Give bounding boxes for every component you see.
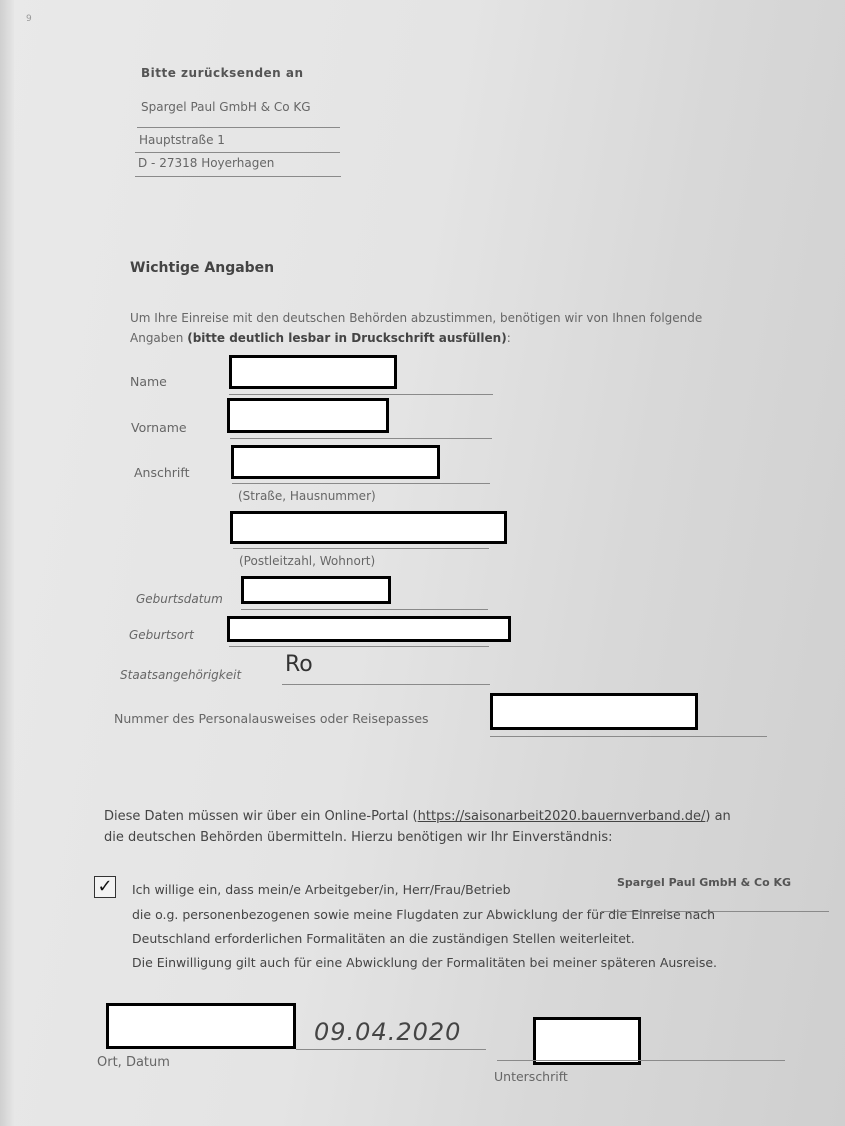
name-underline <box>229 394 493 395</box>
geburtsort-underline <box>229 646 489 647</box>
anschrift-city-underline <box>233 548 489 549</box>
geburtsort-label: Geburtsort <box>129 628 194 642</box>
consent-line-4: Die Einwilligung gilt auch für eine Abwi… <box>132 953 717 973</box>
paper-edge <box>0 0 14 1126</box>
ausweis-underline <box>490 736 767 737</box>
portal-link[interactable]: https://saisonarbeit2020.bauernverband.d… <box>418 809 706 824</box>
section-title: Wichtige Angaben <box>130 260 274 276</box>
vorname-underline <box>230 438 492 439</box>
margin-mark: 9 <box>26 14 32 24</box>
intro-line-1: Um Ihre Einreise mit den deutschen Behör… <box>130 308 702 328</box>
consent-line-1: Ich willige ein, dass mein/e Arbeitgeber… <box>132 880 511 900</box>
return-company: Spargel Paul GmbH & Co KG <box>141 100 311 114</box>
staatsangehoerigkeit-underline <box>282 684 490 685</box>
anschrift-city-field-redacted[interactable] <box>230 511 507 544</box>
divider <box>137 127 340 128</box>
anschrift-hint-city: (Postleitzahl, Wohnort) <box>239 554 375 568</box>
geburtsdatum-underline <box>241 609 488 610</box>
name-field-redacted[interactable] <box>229 355 397 389</box>
consent-employer: Spargel Paul GmbH & Co KG <box>617 876 791 889</box>
portal-line-2: die deutschen Behörden übermitteln. Hier… <box>104 828 613 848</box>
vorname-label: Vorname <box>131 420 187 435</box>
signature-underline <box>497 1060 785 1061</box>
consent-checkbox[interactable]: ✓ <box>94 876 116 898</box>
return-city: D - 27318 Hoyerhagen <box>138 156 274 170</box>
check-icon: ✓ <box>97 876 112 897</box>
intro-prefix: Angaben <box>130 331 187 345</box>
geburtsdatum-field-redacted[interactable] <box>241 576 391 604</box>
ausweis-label: Nummer des Personalausweises oder Reisep… <box>114 711 429 726</box>
consent-line-2: die o.g. personenbezogenen sowie meine F… <box>132 905 715 925</box>
intro-suffix: : <box>507 331 511 345</box>
divider <box>135 176 341 177</box>
name-label: Name <box>130 374 167 389</box>
date-underline <box>296 1049 486 1050</box>
anschrift-hint-street: (Straße, Hausnummer) <box>238 489 376 503</box>
anschrift-street-field-redacted[interactable] <box>231 445 440 479</box>
geburtsdatum-label: Geburtsdatum <box>136 592 223 606</box>
ort-field-redacted[interactable] <box>106 1003 296 1049</box>
ausweis-field-redacted[interactable] <box>490 693 698 730</box>
staatsangehoerigkeit-label: Staatsangehörigkeit <box>120 668 241 682</box>
date-value[interactable]: 09.04.2020 <box>314 1018 461 1046</box>
return-street: Hauptstraße 1 <box>139 133 225 147</box>
staatsangehoerigkeit-value[interactable]: Ro <box>285 652 313 677</box>
portal-prefix: Diese Daten müssen wir über ein Online-P… <box>104 809 418 824</box>
anschrift-label: Anschrift <box>134 465 189 480</box>
signature-field-redacted[interactable] <box>533 1017 641 1065</box>
anschrift-underline <box>232 483 490 484</box>
portal-line-1: Diese Daten müssen wir über ein Online-P… <box>104 807 731 827</box>
intro-bold: (bitte deutlich lesbar in Druckschrift a… <box>187 331 506 345</box>
return-heading: Bitte zurücksenden an <box>141 66 304 80</box>
portal-suffix: ) an <box>705 809 730 824</box>
intro-line-2: Angaben (bitte deutlich lesbar in Drucks… <box>130 328 511 348</box>
ort-datum-label: Ort, Datum <box>97 1055 170 1070</box>
unterschrift-label: Unterschrift <box>494 1069 568 1084</box>
consent-line-3: Deutschland erforderlichen Formalitäten … <box>132 929 635 949</box>
vorname-field-redacted[interactable] <box>227 398 389 433</box>
divider <box>135 152 340 153</box>
geburtsort-field-redacted[interactable] <box>227 616 511 642</box>
